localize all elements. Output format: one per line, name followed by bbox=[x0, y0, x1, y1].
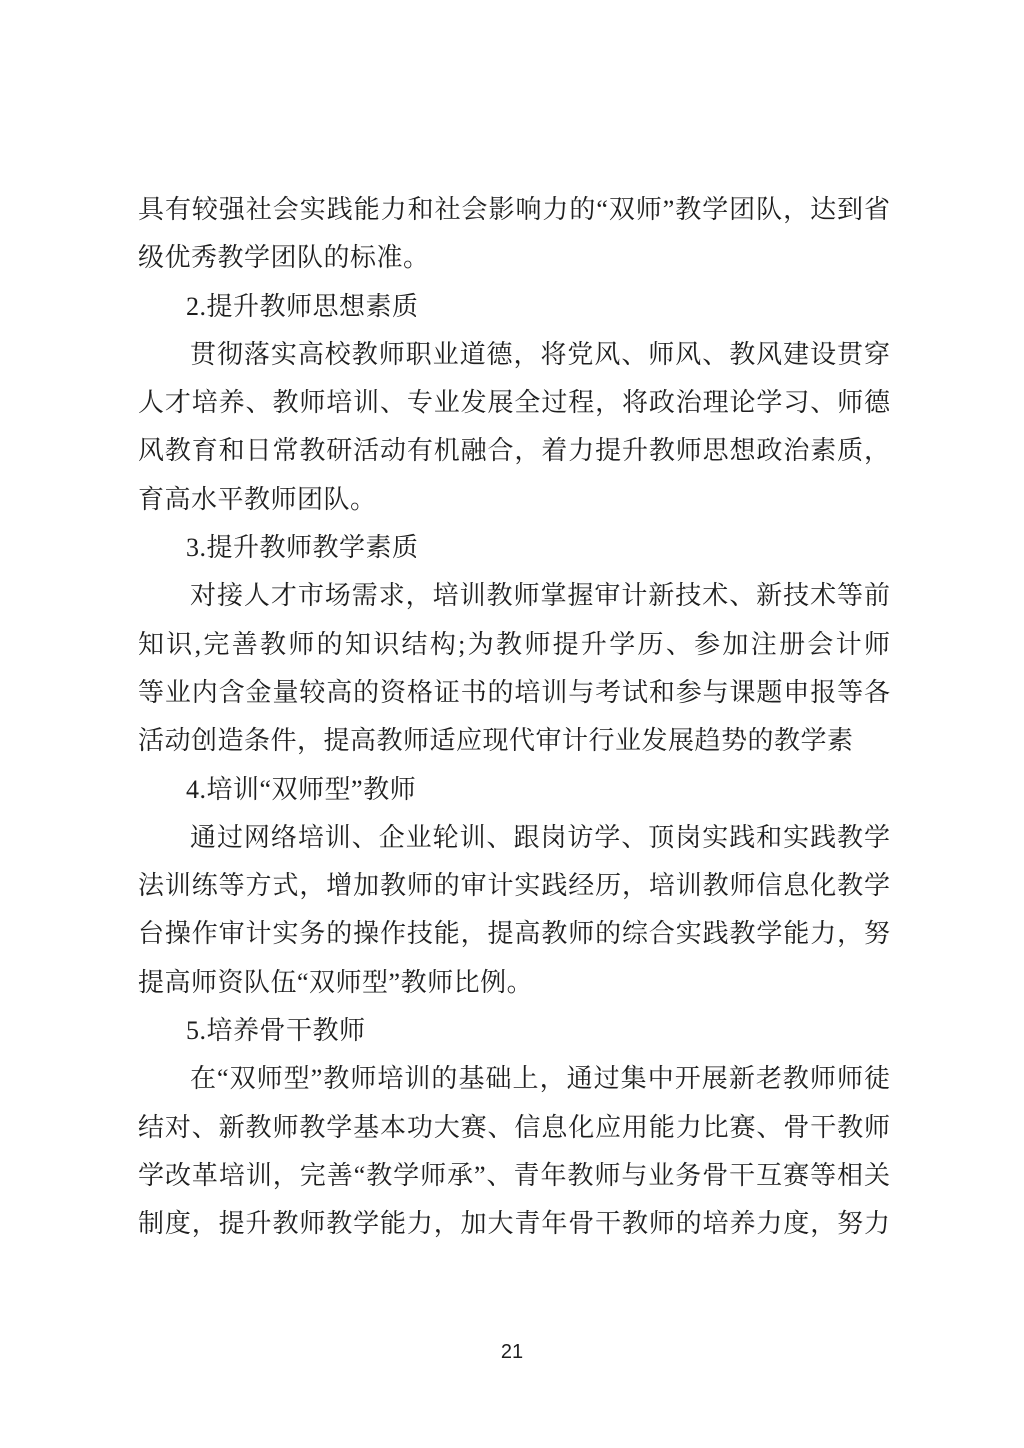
text-line: 台操作审计实务的操作技能，提高教师的综合实践教学能力，努力 bbox=[138, 910, 890, 958]
document-body: 具有较强社会实践能力和社会影响力的“双师”教学团队，达到省级优秀教学团队的标准。… bbox=[138, 186, 890, 1249]
text-line: 等业内含金量较高的资格证书的培训与考试和参与课题申报等各项 bbox=[138, 669, 890, 717]
text-line: 4.培训“双师型”教师 bbox=[138, 766, 890, 814]
text-line: 5.培养骨干教师 bbox=[138, 1007, 890, 1055]
text-line: 风教育和日常教研活动有机融合，着力提升教师思想政治素质，培 bbox=[138, 427, 890, 475]
text-line: 育高水平教师团队。 bbox=[138, 476, 890, 524]
text-line: 结对、新教师教学基本功大赛、信息化应用能力比赛、骨干教师教 bbox=[138, 1104, 890, 1152]
text-line: 2.提升教师思想素质 bbox=[138, 283, 890, 331]
text-line: 学改革培训，完善“教学师承”、青年教师与业务骨干互赛等相关 bbox=[138, 1152, 890, 1200]
text-line: 在“双师型”教师培训的基础上，通过集中开展新老教师师徒 bbox=[138, 1055, 890, 1103]
text-line: 法训练等方式，增加教师的审计实践经历，培训教师信息化教学平 bbox=[138, 862, 890, 910]
page-number: 21 bbox=[0, 1341, 1024, 1364]
text-line: 3.提升教师教学素质 bbox=[138, 524, 890, 572]
text-line: 具有较强社会实践能力和社会影响力的“双师”教学团队，达到省 bbox=[138, 186, 890, 234]
text-line: 对接人才市场需求，培训教师掌握审计新技术、新技术等前沿 bbox=[138, 572, 890, 620]
text-line: 通过网络培训、企业轮训、跟岗访学、顶岗实践和实践教学方 bbox=[138, 814, 890, 862]
text-line: 活动创造条件，提高教师适应现代审计行业发展趋势的教学素质。 bbox=[138, 717, 890, 765]
document-page: 具有较强社会实践能力和社会影响力的“双师”教学团队，达到省级优秀教学团队的标准。… bbox=[0, 0, 1024, 1448]
text-line: 提高师资队伍“双师型”教师比例。 bbox=[138, 959, 890, 1007]
text-line: 级优秀教学团队的标准。 bbox=[138, 234, 890, 282]
text-line: 知识,完善教师的知识结构;为教师提升学历、参加注册会计师(CPA) bbox=[138, 621, 890, 669]
text-line: 制度，提升教师教学能力，加大青年骨干教师的培养力度，努力打 bbox=[138, 1200, 890, 1248]
text-line: 贯彻落实高校教师职业道德，将党风、师风、教风建设贯穿于 bbox=[138, 331, 890, 379]
text-line: 人才培养、教师培训、专业发展全过程，将政治理论学习、师德师 bbox=[138, 379, 890, 427]
